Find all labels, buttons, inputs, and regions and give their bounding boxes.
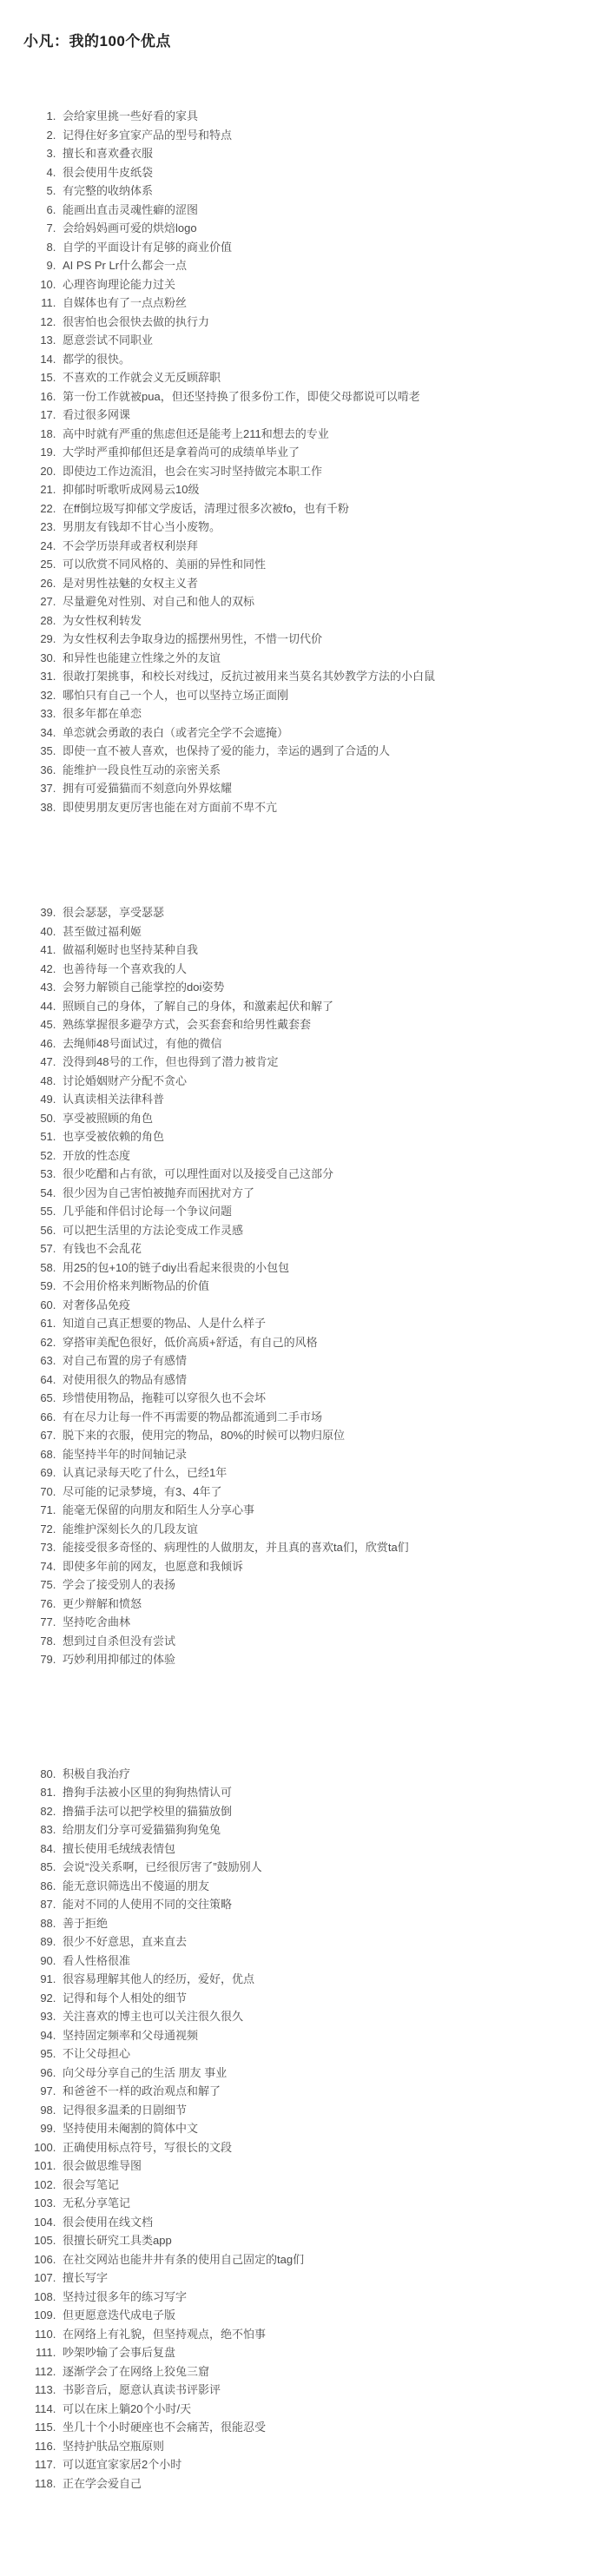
list-item: 男朋友有钱却不甘心当小废物。: [59, 518, 590, 537]
list-item: 甚至做过福利姬: [59, 922, 590, 941]
list-item: 书影音后，愿意认真读书评影评: [59, 2381, 590, 2400]
list-item: 但更愿意迭代成电子版: [59, 2306, 590, 2325]
list-item: 很少吃醋和占有欲，可以理性面对以及接受自己这部分: [59, 1165, 590, 1184]
list-item: 在社交网站也能井井有条的使用自己固定的tag们: [59, 2250, 590, 2269]
list-item: 知道自己真正想要的物品、人是什么样子: [59, 1314, 590, 1333]
list-item: 在ff倒垃圾写抑郁文学废话，清理过很多次被fo，也有千粉: [59, 499, 590, 519]
list-item: 可以欣赏不同风格的、美丽的异性和同性: [59, 555, 590, 574]
list-item: 很少因为自己害怕被抛弃而困扰对方了: [59, 1184, 590, 1203]
list-item: 给朋友们分享可爱猫猫狗狗兔兔: [59, 1820, 590, 1840]
list-item: 擅长使用毛绒绒表情包: [59, 1840, 590, 1859]
list-item: 有完整的收纳体系: [59, 182, 590, 201]
list-item: 记得住好多宜家产品的型号和特点: [59, 126, 590, 145]
list-item: 能接受很多奇怪的、病理性的人做朋友，并且真的喜欢ta们，欣赏ta们: [59, 1538, 590, 1557]
list-item: 几乎能和伴侣讨论每一个争议问题: [59, 1202, 590, 1221]
list-item: 没得到48号的工作，但也得到了潜力被肯定: [59, 1053, 590, 1072]
list-item: 珍惜使用物品，拖鞋可以穿很久也不会坏: [59, 1389, 590, 1408]
list-item: 可以在床上躺20个小时/天: [59, 2400, 590, 2419]
list-item: 记得和每个人相处的细节: [59, 1989, 590, 2008]
list-item: 都学的很快。: [59, 350, 590, 369]
list-item: 很少不好意思，直来直去: [59, 1932, 590, 1952]
list-item: 即使男朋友更厉害也能在对方面前不卑不亢: [59, 798, 590, 817]
list-item: 认真读相关法律科普: [59, 1090, 590, 1109]
list-item: 为女性权利去争取身边的摇摆州男性，不惜一切代价: [59, 630, 590, 649]
list-item: 正确使用标点符号，写很长的文段: [59, 2138, 590, 2157]
list-item: 会努力解锁自己能掌控的doi姿势: [59, 978, 590, 997]
list-item: 很害怕也会很快去做的执行力: [59, 313, 590, 332]
list-item: 能维护一段良性互动的亲密关系: [59, 761, 590, 780]
list-item: 积极自我治疗: [59, 1765, 590, 1784]
list-item: 对使用很久的物品有感情: [59, 1371, 590, 1390]
list-item: 很会瑟瑟，享受瑟瑟: [59, 903, 590, 922]
list-item: 会给家里挑一些好看的家具: [59, 107, 590, 126]
list-item: 不会用价格来判断物品的价值: [59, 1277, 590, 1296]
list-item: 更少辩解和愤怒: [59, 1595, 590, 1614]
list-item: 记得很多温柔的日剧细节: [59, 2101, 590, 2120]
list-item: AI PS Pr Lr什么都会一点: [59, 256, 590, 275]
list-item: 很擅长研究工具类app: [59, 2231, 590, 2250]
list-item: 自学的平面设计有足够的商业价值: [59, 238, 590, 257]
list-item: 享受被照顾的角色: [59, 1109, 590, 1128]
list-item: 愿意尝试不同职业: [59, 331, 590, 350]
list-item: 和爸爸不一样的政治观点和解了: [59, 2082, 590, 2101]
list-item: 去绳师48号面试过，有他的微信: [59, 1034, 590, 1054]
list-item: 心理咨询理论能力过关: [59, 275, 590, 294]
strengths-list-section-2: 很会瑟瑟，享受瑟瑟甚至做过福利姬做福利姬时也坚持某种自我也善待每一个喜欢我的人会…: [23, 903, 590, 1669]
list-item: 可以逛宜家家居2个小时: [59, 2455, 590, 2474]
list-item: 单恋就会勇敢的表白（或者完全学不会遮掩）: [59, 723, 590, 743]
list-item: 很会使用牛皮纸袋: [59, 163, 590, 182]
list-item: 能坚持半年的时间轴记录: [59, 1445, 590, 1464]
list-item: 和异性也能建立性缘之外的友谊: [59, 649, 590, 668]
list-item: 为女性权利转发: [59, 611, 590, 631]
list-item: 坚持护肤品空瓶原则: [59, 2437, 590, 2456]
list-item: 会说“没关系啊，已经很厉害了”鼓励别人: [59, 1858, 590, 1877]
list-item: 即使多年前的网友，也愿意和我倾诉: [59, 1557, 590, 1576]
list-item: 巧妙利用抑郁过的体验: [59, 1650, 590, 1669]
page-title: 小凡：我的100个优点: [23, 31, 590, 52]
list-item: 哪怕只有自己一个人，也可以坚持立场正面刚: [59, 686, 590, 705]
list-item: 讨论婚姻财产分配不贪心: [59, 1072, 590, 1091]
list-item: 坚持吃舍曲林: [59, 1613, 590, 1632]
list-item: 也善待每一个喜欢我的人: [59, 960, 590, 979]
list-item: 很敢打架挑事，和校长对线过，反抗过被用来当莫名其妙教学方法的小白鼠: [59, 667, 590, 686]
list-item: 无私分享笔记: [59, 2194, 590, 2213]
list-item: 很会写笔记: [59, 2176, 590, 2195]
list-item: 能无意识筛选出不傻逼的朋友: [59, 1877, 590, 1896]
list-item: 有钱也不会乱花: [59, 1239, 590, 1258]
list-item: 有在尽力让每一件不再需要的物品都流通到二手市场: [59, 1408, 590, 1427]
list-item: 逐渐学会了在网络上狡兔三窟: [59, 2362, 590, 2381]
list-item: 看过很多网课: [59, 406, 590, 425]
list-item: 会给妈妈画可爱的烘焙logo: [59, 219, 590, 238]
list-item: 开放的性态度: [59, 1146, 590, 1166]
list-item: 自媒体也有了一点点粉丝: [59, 294, 590, 313]
list-item: 熟练掌握很多避孕方式，会买套套和给男性戴套套: [59, 1015, 590, 1034]
list-item: 很多年都在单恋: [59, 704, 590, 723]
list-item: 可以把生活里的方法论变成工作灵感: [59, 1221, 590, 1240]
list-item: 即使一直不被人喜欢，也保持了爱的能力，幸运的遇到了合适的人: [59, 742, 590, 761]
list-item: 关注喜欢的博主也可以关注很久很久: [59, 2007, 590, 2026]
list-item: 做福利姬时也坚持某种自我: [59, 941, 590, 960]
list-item: 想到过自杀但没有尝试: [59, 1632, 590, 1651]
list-item: 坐几十个小时硬座也不会痛苦，很能忍受: [59, 2418, 590, 2437]
list-item: 尽量避免对性别、对自己和他人的双标: [59, 592, 590, 611]
list-item: 也享受被依赖的角色: [59, 1127, 590, 1146]
list-item: 对自己布置的房子有感情: [59, 1351, 590, 1371]
document-page: 小凡：我的100个优点 会给家里挑一些好看的家具记得住好多宜家产品的型号和特点擅…: [0, 0, 607, 2527]
list-item: 大学时严重抑郁但还是拿着尚可的成绩单毕业了: [59, 443, 590, 462]
list-item: 穿搭审美配色很好，低价高质+舒适，有自己的风格: [59, 1333, 590, 1352]
list-item: 用25的包+10的链子diy出看起来很贵的小包包: [59, 1258, 590, 1278]
list-item: 能画出直击灵魂性癖的涩图: [59, 201, 590, 220]
strengths-list-section-3: 积极自我治疗撸狗手法被小区里的狗狗热情认可撸猫手法可以把学校里的猫猫放倒给朋友们…: [23, 1765, 590, 2493]
list-item: 脱下来的衣服，使用完的物品，80%的时候可以物归原位: [59, 1426, 590, 1445]
list-item: 看人性格很准: [59, 1952, 590, 1971]
list-item: 不喜欢的工作就会义无反顾辞职: [59, 368, 590, 387]
list-item: 坚持过很多年的练习写字: [59, 2288, 590, 2307]
list-item: 很容易理解其他人的经历，爱好，优点: [59, 1970, 590, 1989]
list-item: 能维护深刻长久的几段友谊: [59, 1520, 590, 1539]
list-item: 撸猫手法可以把学校里的猫猫放倒: [59, 1802, 590, 1821]
list-item: 能对不同的人使用不同的交往策略: [59, 1895, 590, 1914]
list-item: 拥有可爱猫猫而不刻意向外界炫耀: [59, 779, 590, 798]
list-item: 向父母分享自己的生活 朋友 事业: [59, 2064, 590, 2083]
list-item: 不让父母担心: [59, 2044, 590, 2064]
list-item: 撸狗手法被小区里的狗狗热情认可: [59, 1783, 590, 1802]
list-item: 第一份工作就被pua，但还坚持换了很多份工作，即使父母都说可以啃老: [59, 387, 590, 406]
list-item: 正在学会爱自己: [59, 2474, 590, 2493]
list-item: 学会了接受别人的表扬: [59, 1575, 590, 1595]
list-item: 在网络上有礼貌，但坚持观点，绝不怕事: [59, 2325, 590, 2344]
list-item: 坚持使用未阉割的简体中文: [59, 2119, 590, 2138]
list-item: 很会使用在线文档: [59, 2213, 590, 2232]
list-item: 擅长和喜欢叠衣服: [59, 144, 590, 163]
strengths-list-section-1: 会给家里挑一些好看的家具记得住好多宜家产品的型号和特点擅长和喜欢叠衣服很会使用牛…: [23, 107, 590, 816]
list-item: 擅长写字: [59, 2269, 590, 2288]
list-item: 尽可能的记录梦境，有3、4年了: [59, 1483, 590, 1502]
list-item: 抑郁时听歌听成网易云10级: [59, 480, 590, 499]
list-item: 不会学历崇拜或者权利崇拜: [59, 537, 590, 556]
list-item: 坚持固定频率和父母通视频: [59, 2026, 590, 2045]
list-item: 照顾自己的身体，了解自己的身体，和激素起伏和解了: [59, 997, 590, 1016]
list-item: 对奢侈品免疫: [59, 1296, 590, 1315]
list-item: 善于拒绝: [59, 1914, 590, 1933]
list-item: 很会做思维导图: [59, 2157, 590, 2176]
list-item: 即使边工作边流泪，也会在实习时坚持做完本职工作: [59, 462, 590, 481]
list-item: 认真记录每天吃了什么，已经1年: [59, 1463, 590, 1483]
list-item: 是对男性祛魅的女权主义者: [59, 574, 590, 593]
list-item: 吵架吵输了会事后复盘: [59, 2343, 590, 2362]
list-item: 能毫无保留的向朋友和陌生人分享心事: [59, 1501, 590, 1520]
list-item: 高中时就有严重的焦虑但还是能考上211和想去的专业: [59, 425, 590, 444]
